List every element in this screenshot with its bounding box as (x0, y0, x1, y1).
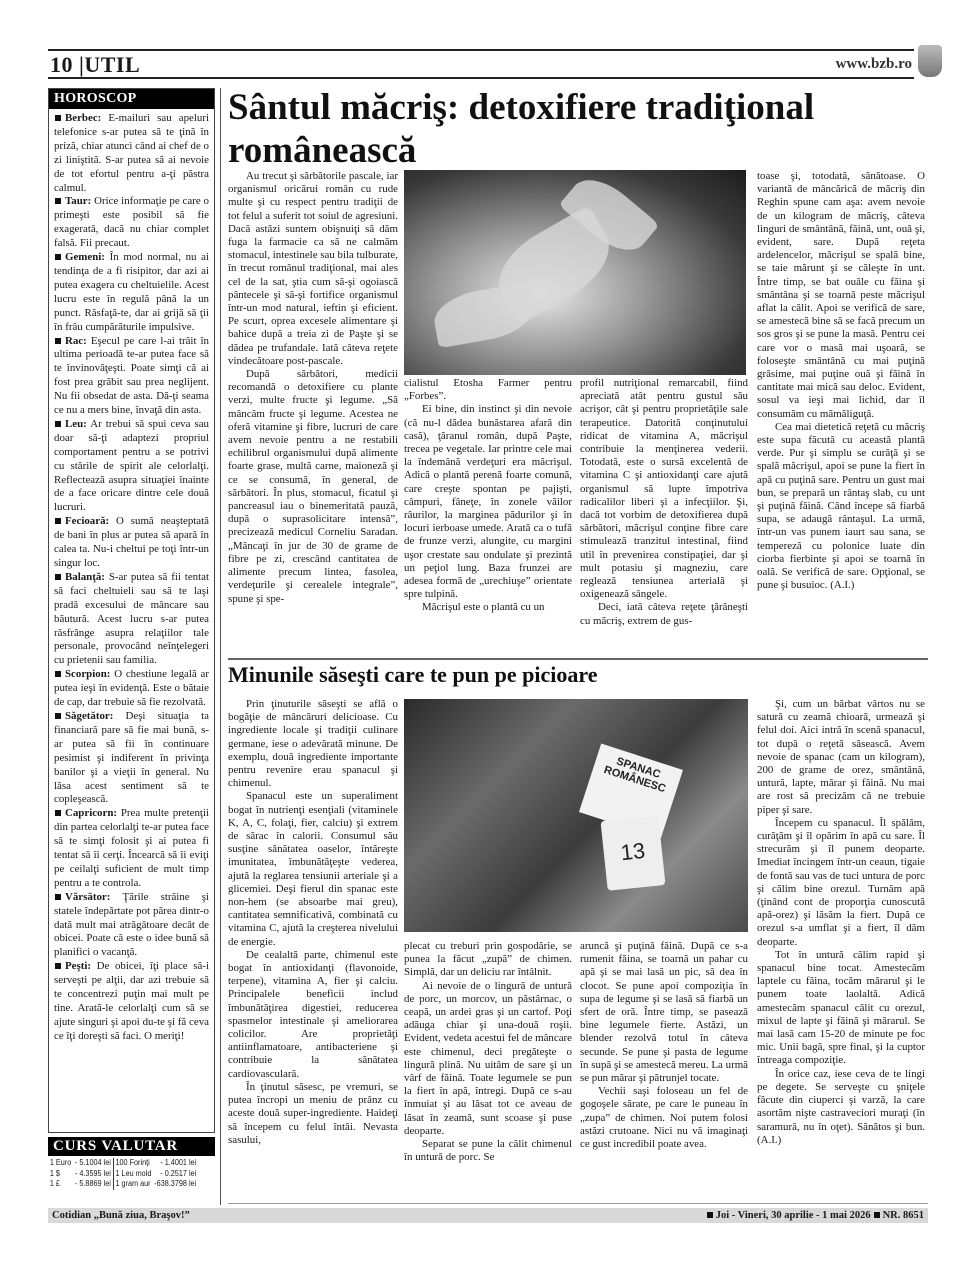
square-bullet-icon (55, 810, 61, 816)
paragraph: Separat se pune la călit chimenul în unt… (404, 1138, 572, 1164)
exchange-rate-row: 1 gram aur-638.3798 lei (115, 1179, 196, 1190)
exchange-rates-left-col: 1 Euro- 5.1004 lei1 $- 4.3595 lei1 £- 5.… (48, 1158, 113, 1190)
horoscope-list: Berbec: E-mailuri sau apeluri telefonice… (49, 109, 214, 1044)
page-number: 10 (50, 52, 73, 77)
currency-value: - 0.2517 lei (160, 1169, 196, 1180)
horoscope-text: Prea multe pretenţii din partea celorlal… (54, 807, 209, 889)
zodiac-sign: Scorpion: (65, 668, 110, 680)
issue-number: NR. 8651 (883, 1210, 924, 1221)
horoscope-text: Ar trebui să spui ceva sau doar să-ţi ad… (54, 418, 209, 513)
square-bullet-icon (55, 338, 61, 344)
currency-unit: 100 Forinţi (115, 1158, 149, 1169)
paragraph: Măcrişul este o plantă cu un (404, 601, 572, 614)
article2-column-2: plecat cu treburi prin gospodărie, se pu… (404, 940, 572, 1164)
paragraph: Începem cu spanacul. Îl spălăm, curăţăm … (757, 817, 925, 949)
horoscope-item: Săgetător: Deşi situaţia ta financiară p… (54, 710, 209, 807)
paragraph: aruncă şi puţină făină. După ce s-a rume… (580, 940, 748, 1085)
zodiac-sign: Săgetător: (65, 710, 113, 722)
paragraph: Deci, iată câteva reţete ţărăneşti cu mă… (580, 601, 748, 627)
exchange-rates-table: 1 Euro- 5.1004 lei1 $- 4.3595 lei1 £- 5.… (48, 1158, 215, 1190)
article2-column-1: Prin ţinuturile săseşti se află o bogăţi… (228, 698, 398, 1147)
square-bullet-icon (55, 894, 61, 900)
exchange-rates-right-col: 100 Forinţi- 1.4001 lei1 Leu mold- 0.251… (113, 1158, 198, 1190)
paragraph: plecat cu treburi prin gospodărie, se pu… (404, 940, 572, 980)
exchange-rate-row: 1 Leu mold- 0.2517 lei (115, 1169, 196, 1180)
square-bullet-icon (55, 254, 61, 260)
paragraph: cialistul Etosha Farmer pentru „Forbes”. (404, 377, 572, 403)
paragraph: Au trecut şi sărbătorile pascale, iar or… (228, 170, 398, 368)
square-bullet-icon (55, 713, 61, 719)
paragraph: Şi, cum un bărbat vârtos nu se satură cu… (757, 698, 925, 817)
currency-value: - 5.1004 lei (75, 1158, 111, 1169)
zodiac-sign: Taur: (65, 195, 91, 207)
square-bullet-icon (55, 518, 61, 524)
zodiac-sign: Berbec: (65, 112, 101, 124)
zodiac-sign: Vărsător: (65, 891, 110, 903)
article1-headline: Sântul măcriş: detoxifiere tradiţional r… (228, 86, 908, 172)
section-label: 10 |UTIL (50, 52, 140, 78)
section-name: UTIL (84, 52, 140, 77)
currency-value: - 1.4001 lei (160, 1158, 196, 1169)
horoscope-text: În mod normal, nu ai tendinţa de a fi ri… (54, 251, 209, 333)
horoscope-title: HOROSCOP (49, 89, 214, 109)
issue-date: Joi - Vineri, 30 aprilie - 1 mai 2026 (716, 1210, 871, 1221)
article2-column-3: aruncă şi puţină făină. După ce s-a rume… (580, 940, 748, 1151)
sorrel-photo (404, 170, 746, 375)
square-bullet-icon (55, 421, 61, 427)
currency-unit: 1 £ (50, 1179, 60, 1190)
horoscope-item: Leu: Ar trebui să spui ceva sau doar să-… (54, 418, 209, 515)
paragraph: Cea mai dietetică reţetă cu măcriş este … (757, 421, 925, 593)
paragraph: Spanacul este un superaliment bogat în n… (228, 790, 398, 948)
zodiac-sign: Fecioară: (65, 515, 109, 527)
horoscope-item: Taur: Orice informaţie pe care o primeşt… (54, 195, 209, 251)
zodiac-sign: Leu: (65, 418, 87, 430)
coat-of-arms-icon (918, 45, 942, 77)
square-bullet-icon (874, 1212, 880, 1218)
square-bullet-icon (55, 963, 61, 969)
square-bullet-icon (55, 115, 61, 121)
paragraph: profil nutriţional remarcabil, fiind apr… (580, 377, 748, 601)
square-bullet-icon (707, 1212, 713, 1218)
horoscope-item: Gemeni: În mod normal, nu ai tendinţa de… (54, 251, 209, 334)
square-bullet-icon (55, 574, 61, 580)
article2-column-4: Şi, cum un bărbat vârtos nu se satură cu… (757, 698, 925, 1147)
exchange-rate-row: 1 $- 4.3595 lei (50, 1169, 111, 1180)
exchange-rate-row: 1 Euro- 5.1004 lei (50, 1158, 111, 1169)
leaf-shape (430, 282, 537, 349)
horoscope-text: De obicei, îţi place să-i serveşti pe al… (54, 960, 209, 1042)
horoscope-item: Berbec: E-mailuri sau apeluri telefonice… (54, 112, 209, 195)
paragraph: În orice caz, iese ceva de te lingi pe d… (757, 1068, 925, 1147)
article-separator (228, 658, 928, 660)
horoscope-item: Peşti: De obicei, îţi place să-i serveşt… (54, 960, 209, 1043)
currency-unit: 1 $ (50, 1169, 60, 1180)
paragraph: Prin ţinuturile săseşti se află o bogăţi… (228, 698, 398, 790)
article1-column-3: profil nutriţional remarcabil, fiind apr… (580, 377, 748, 628)
zodiac-sign: Gemeni: (65, 251, 105, 263)
issue-info: Joi - Vineri, 30 aprilie - 1 mai 2026NR.… (704, 1208, 924, 1223)
horoscope-item: Vărsător: Ţările străine şi statele înde… (54, 891, 209, 961)
paragraph: Tot în untură călim rapid şi spanacul bi… (757, 949, 925, 1068)
exchange-rates-box: CURS VALUTAR 1 Euro- 5.1004 lei1 $- 4.35… (48, 1137, 215, 1203)
horoscope-text: S-ar putea să fii tentat să faci cheltui… (54, 571, 209, 666)
page-footer: Cotidian „Bună ziua, Braşov!” Joi - Vine… (48, 1208, 928, 1223)
paragraph: Ai nevoie de o lingură de untură de porc… (404, 980, 572, 1138)
zodiac-sign: Peşti: (65, 960, 91, 972)
horoscope-text: E-mailuri sau apeluri telefonice s-ar pu… (54, 112, 209, 194)
currency-unit: 1 Leu mold (115, 1169, 151, 1180)
column-divider (220, 88, 221, 1205)
square-bullet-icon (55, 671, 61, 677)
horoscope-text: Deşi situaţia ta financiară pare să fie … (54, 710, 209, 805)
price-tag: 13 (601, 815, 666, 891)
exchange-rates-title: CURS VALUTAR (48, 1137, 215, 1156)
horoscope-item: Capricorn: Prea multe pretenţii din part… (54, 807, 209, 890)
article1-column-4: toase şi, totodată, sănătoase. O variant… (757, 170, 925, 593)
currency-value: -638.3798 lei (154, 1179, 196, 1190)
zodiac-sign: Rac: (65, 335, 87, 347)
currency-unit: 1 Euro (50, 1158, 71, 1169)
currency-value: - 4.3595 lei (75, 1169, 111, 1180)
currency-unit: 1 gram aur (115, 1179, 150, 1190)
currency-value: - 5.8869 lei (75, 1179, 111, 1190)
zodiac-sign: Capricorn: (65, 807, 117, 819)
article1-column-2: cialistul Etosha Farmer pentru „Forbes”.… (404, 377, 572, 615)
horoscope-box: HOROSCOP Berbec: E-mailuri sau apeluri t… (48, 88, 215, 1133)
site-url-link[interactable]: www.bzb.ro (836, 56, 912, 73)
horoscope-item: Fecioară: O sumă neaşteptată de bani în … (54, 515, 209, 571)
page-bottom-rule (228, 1203, 928, 1204)
article1-column-1: Au trecut şi sărbătorile pascale, iar or… (228, 170, 398, 606)
exchange-rate-row: 100 Forinţi- 1.4001 lei (115, 1158, 196, 1169)
paragraph: Ei bine, din instinct şi din nevoie (că … (404, 403, 572, 601)
paragraph: De cealaltă parte, chimenul este bogat î… (228, 949, 398, 1081)
horoscope-item: Scorpion: O chestiune legală ar putea ie… (54, 668, 209, 710)
exchange-rate-row: 1 £- 5.8869 lei (50, 1179, 111, 1190)
paragraph: După sărbători, medicii recomandă o deto… (228, 368, 398, 606)
square-bullet-icon (55, 198, 61, 204)
horoscope-item: Rac: Eşecul pe care l-ai trăit în ultima… (54, 335, 209, 418)
article2-headline: Minunile săseşti care te pun pe picioare (228, 661, 928, 689)
paragraph: În ţinutul săsesc, pe vremuri, se putea … (228, 1081, 398, 1147)
paragraph: Vechii saşi foloseau un fel de gogoşele … (580, 1085, 748, 1151)
zodiac-sign: Balanţă: (65, 571, 105, 583)
paragraph: toase şi, totodată, sănătoase. O variant… (757, 170, 925, 421)
publication-name: Cotidian „Bună ziua, Braşov!” (52, 1208, 190, 1223)
horoscope-item: Balanţă: S-ar putea să fii tentat să fac… (54, 571, 209, 668)
page-header: 10 |UTIL www.bzb.ro (48, 49, 914, 79)
spinach-market-photo (404, 699, 748, 932)
